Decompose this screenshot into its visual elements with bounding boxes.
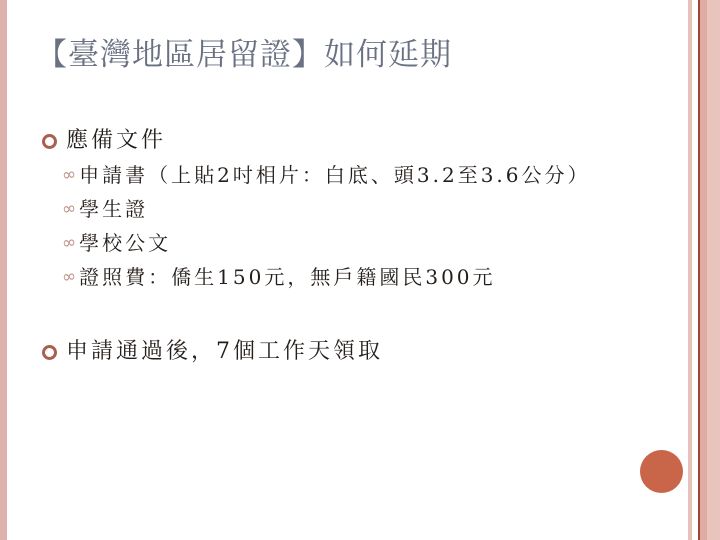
ornament-bullet-icon: ∞ <box>61 200 77 219</box>
presentation-slide: 【臺灣地區居留證】如何延期 應備文件 ∞ 申請書（上貼2吋相片：白底、頭3.2至… <box>0 0 720 540</box>
ornament-bullet-icon: ∞ <box>61 234 77 253</box>
sub-bullet-text: 證照費：僑生150元，無戶籍國民300元 <box>79 260 495 294</box>
sub-bullet-text: 申請書（上貼2吋相片：白底、頭3.2至3.6公分） <box>79 158 590 192</box>
bullet-text: 應備文件 <box>66 124 166 158</box>
sub-bullet-text: 學校公文 <box>79 226 171 260</box>
bullet-item-documents: 應備文件 <box>42 124 672 158</box>
ornament-bullet-icon: ∞ <box>61 166 77 185</box>
corner-accent-circle <box>640 450 683 493</box>
sub-bullet-item-student-id: ∞ 學生證 <box>62 192 672 226</box>
ring-bullet-icon <box>42 134 57 149</box>
sub-bullet-item-certificate-fee: ∞ 證照費：僑生150元，無戶籍國民300元 <box>62 260 672 294</box>
left-border-stripe <box>0 0 7 540</box>
ring-bullet-icon <box>42 345 57 360</box>
sub-bullet-item-school-letter: ∞ 學校公文 <box>62 226 672 260</box>
right-border-stripe-outer <box>688 0 692 540</box>
right-border-stripe-medium <box>700 0 707 540</box>
ornament-bullet-icon: ∞ <box>61 268 77 287</box>
slide-body: 應備文件 ∞ 申請書（上貼2吋相片：白底、頭3.2至3.6公分） ∞ 學生證 ∞… <box>42 124 672 369</box>
right-border-stripe-edge <box>707 0 720 540</box>
sub-bullet-text: 學生證 <box>79 192 148 226</box>
bullet-item-pickup: 申請通過後，7個工作天領取 <box>42 335 672 369</box>
bullet-text: 申請通過後，7個工作天領取 <box>66 335 383 369</box>
slide-title: 【臺灣地區居留證】如何延期 <box>36 36 656 75</box>
sub-bullet-item-application-form: ∞ 申請書（上貼2吋相片：白底、頭3.2至3.6公分） <box>62 158 672 192</box>
